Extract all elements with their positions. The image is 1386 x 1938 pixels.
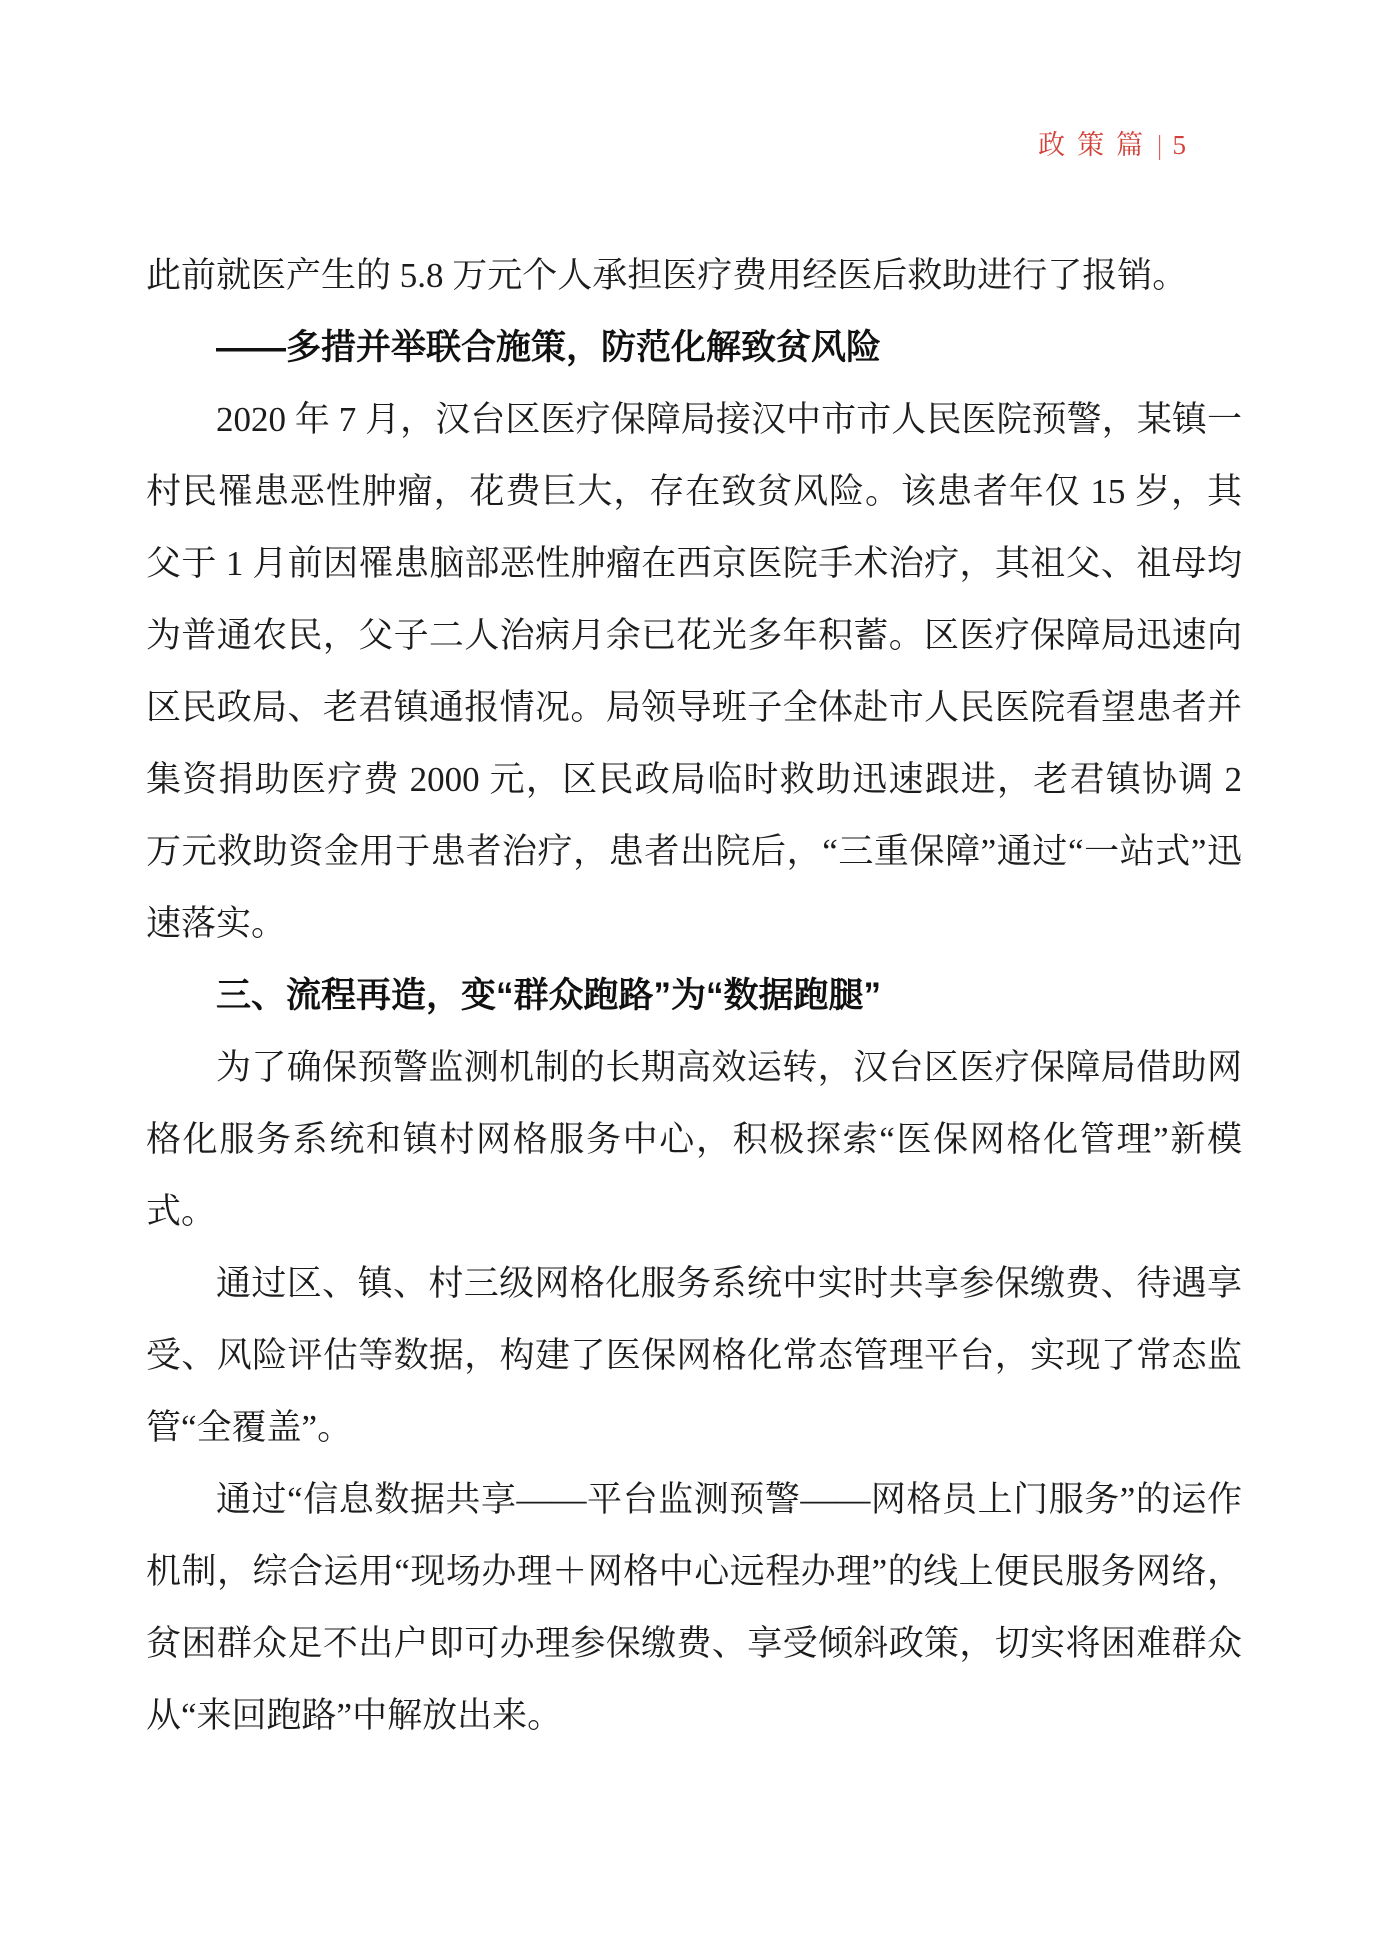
page-number: 5 <box>1173 130 1187 160</box>
document-page: 政策篇|5 此前就医产生的 5.8 万元个人承担医疗费用经医后救助进行了报销。 … <box>0 0 1386 1938</box>
subsection-heading: ——多措并举联合施策，防范化解致贫风险 <box>146 312 1242 384</box>
paragraph: 通过“信息数据共享——平台监测预警——网格员上门服务”的运作机制，综合运用“现场… <box>146 1464 1242 1752</box>
section-label: 政策篇 <box>1038 130 1155 160</box>
header-separator: | <box>1158 128 1162 162</box>
section-heading: 三、流程再造，变“群众跑路”为“数据跑腿” <box>146 960 1242 1032</box>
paragraph: 为了确保预警监测机制的长期高效运转，汉台区医疗保障局借助网格化服务系统和镇村网格… <box>146 1032 1242 1248</box>
page-header: 政策篇|5 <box>1038 128 1186 162</box>
document-body: 此前就医产生的 5.8 万元个人承担医疗费用经医后救助进行了报销。 ——多措并举… <box>146 240 1242 1752</box>
paragraph-continuation: 此前就医产生的 5.8 万元个人承担医疗费用经医后救助进行了报销。 <box>146 240 1242 312</box>
paragraph: 通过区、镇、村三级网格化服务系统中实时共享参保缴费、待遇享受、风险评估等数据，构… <box>146 1248 1242 1464</box>
paragraph-case-study: 2020 年 7 月，汉台区医疗保障局接汉中市市人民医院预警，某镇一村民罹患恶性… <box>146 384 1242 960</box>
